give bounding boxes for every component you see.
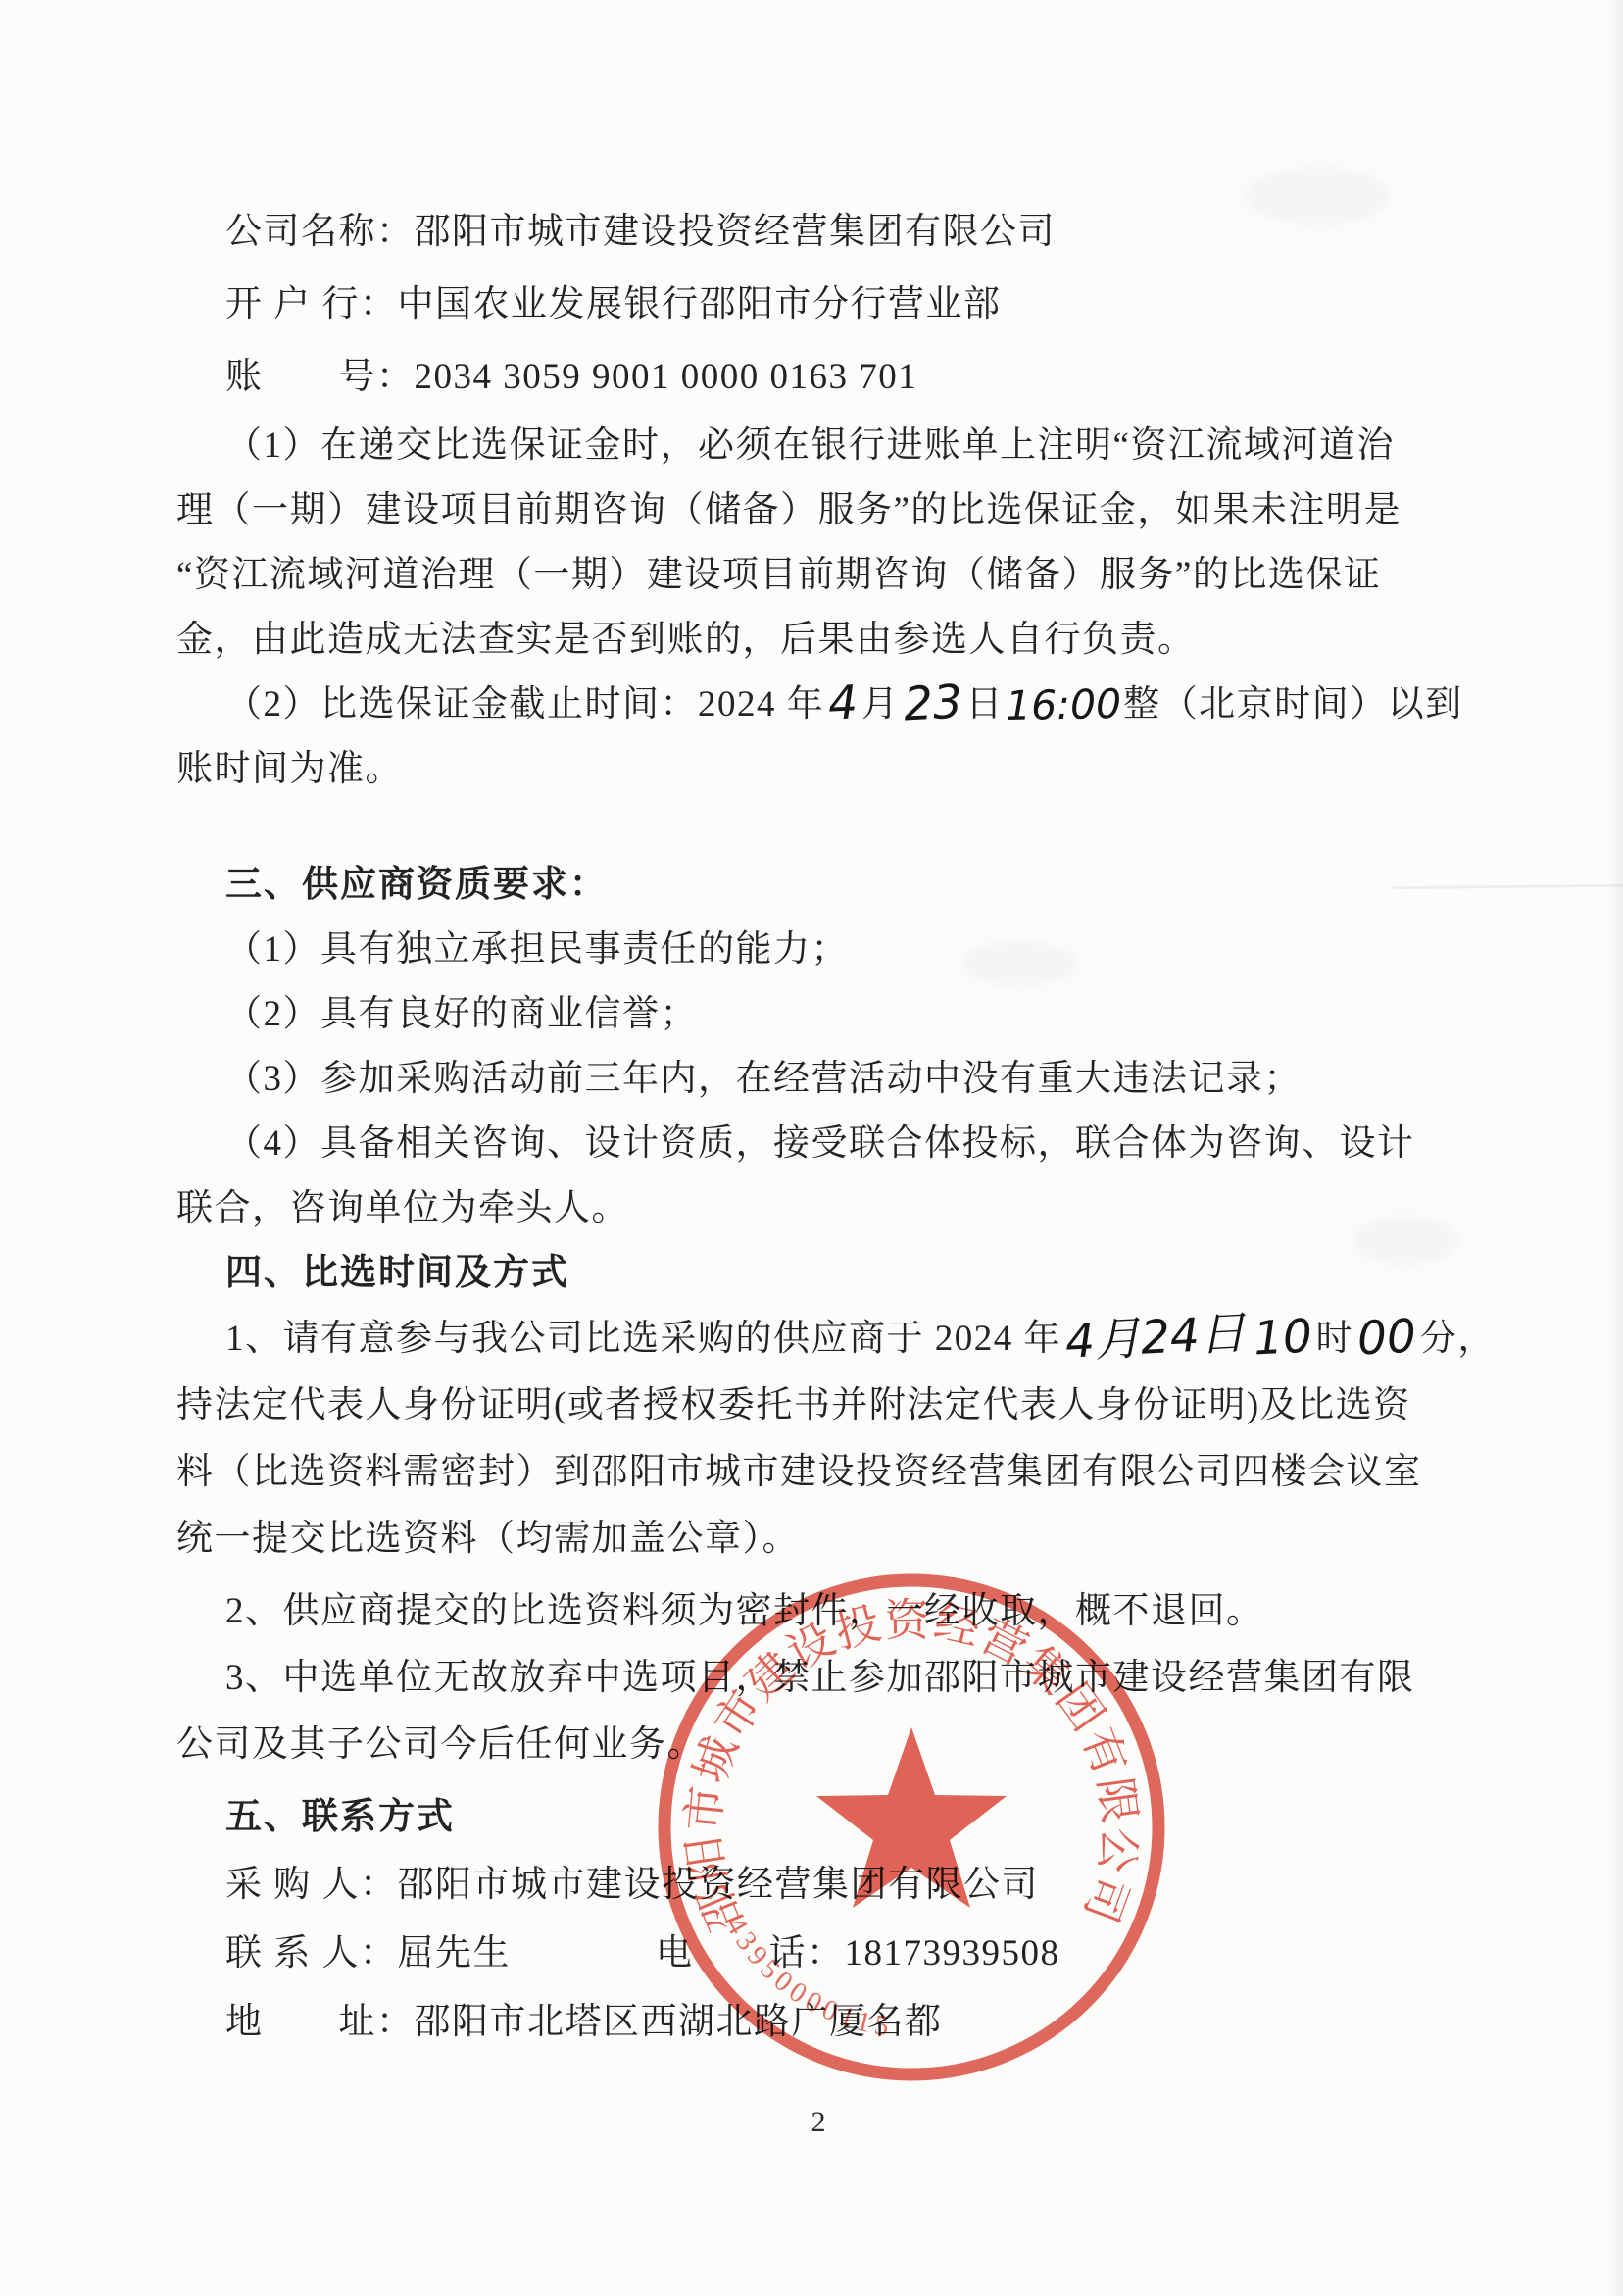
hour-unit: 时 — [1316, 1319, 1354, 1359]
handwritten-hour: 10 — [1249, 1313, 1317, 1362]
scanned-document-page: 公司名称：邵阳市城市建设投资经营集团有限公司 开 户 行：中国农业发展银行邵阳市… — [0, 0, 1623, 2296]
deadline-prefix: （2）比选保证金截止时间：2024 年 — [225, 684, 824, 724]
deposit-note-line-4: 金，由此造成无法查实是否到账的，后果由参选人自行负责。 — [176, 608, 1460, 673]
deposit-note-line-3: “资江流域河道治理（一期）建设项目前期咨询（储备）服务”的比选保证 — [176, 543, 1460, 608]
scan-smudge — [1245, 167, 1392, 225]
selection-item-1-line-3: 料（比选资料需密封）到邵阳市城市建设投资经营集团有限公司四楼会议室 — [176, 1439, 1460, 1506]
deposit-deadline-line: （2）比选保证金截止时间：2024 年4月23日16:00整（北京时间）以到 — [176, 673, 1460, 737]
address-value: 邵阳市北塔区西湖北路广厦名都 — [415, 2002, 943, 2042]
handwritten-date: 4月24日 — [1060, 1310, 1251, 1366]
qualification-item-4-cont: 联合，咨询单位为牵头人。 — [176, 1176, 1460, 1241]
selection-item-3-line-1: 3、中选单位无故放弃中选项目，禁止参加邵阳市城市建设经营集团有限 — [176, 1645, 1460, 1712]
document-body: 公司名称：邵阳市城市建设投资经营集团有限公司 开 户 行：中国农业发展银行邵阳市… — [176, 0, 1460, 2057]
selection-item-1-line-2: 持法定代表人身份证明(或者授权委托书并附法定代表人身份证明)及比选资 — [176, 1373, 1460, 1439]
day-unit: 日 — [965, 684, 1004, 724]
qualification-item-4: （4）具备相关咨询、设计资质，接受联合体投标，联合体为咨询、设计 — [176, 1112, 1460, 1176]
handwritten-minute: 00 — [1352, 1313, 1421, 1362]
selection-item-1-line-4: 统一提交比选资料（均需加盖公章）。 — [176, 1506, 1460, 1572]
selection-prefix: 1、请有意参与我公司比选采购的供应商于 2024 年 — [225, 1319, 1061, 1359]
purchaser-label: 采 购 人： — [225, 1865, 398, 1905]
bank-label: 开 户 行： — [225, 284, 398, 324]
purchaser-value: 邵阳市城市建设投资经营集团有限公司 — [398, 1865, 1040, 1905]
handwritten-month: 4 — [823, 679, 862, 727]
account-label: 账 号： — [225, 357, 415, 397]
bank-value: 中国农业发展银行邵阳市分行营业部 — [398, 284, 1002, 324]
contact-row-purchaser: 采 购 人：邵阳市城市建设投资经营集团有限公司 — [176, 1851, 1460, 1920]
bank-info-row-account: 账 号：2034 3059 9001 0000 0163 701 — [176, 341, 1460, 414]
minute-unit: 分， — [1420, 1319, 1496, 1359]
handwritten-day: 23 — [898, 678, 966, 727]
selection-item-1-line-1: 1、请有意参与我公司比选采购的供应商于 2024 年4月24日10时00分， — [176, 1306, 1460, 1373]
qualification-item-3: （3）参加采购活动前三年内，在经营活动中没有重大违法记录； — [176, 1047, 1460, 1112]
account-value: 2034 3059 9001 0000 0163 701 — [415, 357, 918, 397]
contact-person-label: 联 系 人： — [225, 1933, 398, 1973]
deposit-note-line-1: （1）在递交比选保证金时，必须在银行进账单上注明“资江流域河道治 — [176, 414, 1460, 478]
month-unit: 月 — [861, 684, 900, 724]
phone-label: 电 话： — [656, 1933, 845, 1973]
scan-smudge — [1352, 1216, 1460, 1265]
contact-row-person: 联 系 人：屈先生电 话：18173939508 — [176, 1920, 1460, 1988]
scan-smudge — [960, 941, 1078, 986]
section4-heading: 四、比选时间及方式 — [176, 1241, 1460, 1306]
bank-info-row-bank: 开 户 行：中国农业发展银行邵阳市分行营业部 — [176, 269, 1460, 341]
deadline-suffix: 整（北京时间）以到 — [1123, 684, 1463, 724]
company-name-value: 邵阳市城市建设投资经营集团有限公司 — [415, 212, 1057, 252]
deposit-note-line-2: 理（一期）建设项目前期咨询（储备）服务”的比选保证金，如果未注明是 — [176, 478, 1460, 543]
qualification-item-2: （2）具有良好的商业信誉； — [176, 982, 1460, 1047]
section3-heading: 三、供应商资质要求： — [176, 853, 1460, 918]
section5-heading: 五、联系方式 — [176, 1784, 1460, 1851]
selection-item-3-line-2: 公司及其子公司今后任何业务。 — [176, 1712, 1460, 1778]
qualification-item-1: （1）具有独立承担民事责任的能力； — [176, 918, 1460, 982]
contact-person-value: 屈先生 — [398, 1933, 512, 1973]
contact-row-address: 地 址：邵阳市北塔区西湖北路广厦名都 — [176, 1988, 1460, 2057]
deposit-deadline-line-2: 账时间为准。 — [176, 737, 1460, 802]
scan-edge-shadow — [1609, 0, 1623, 2296]
company-name-label: 公司名称： — [225, 212, 415, 252]
selection-item-2: 2、供应商提交的比选资料须为密封件，一经收取，概不退回。 — [176, 1578, 1460, 1645]
page-number: 2 — [176, 2106, 1460, 2139]
address-label: 地 址： — [225, 2002, 415, 2042]
handwritten-time: 16:00 — [1004, 684, 1124, 726]
phone-value: 18173939508 — [845, 1933, 1060, 1973]
